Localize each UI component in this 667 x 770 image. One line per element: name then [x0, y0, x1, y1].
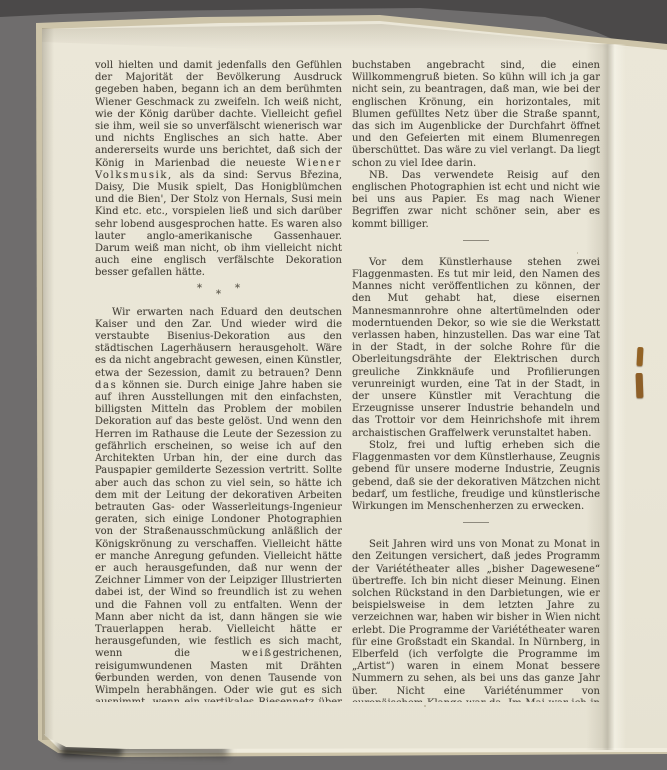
paragraph: buchstaben angebracht sind, die einen Wi… [352, 60, 600, 170]
left-text-column: voll hielten und damit jedenfalls den Ge… [95, 60, 342, 702]
text-run: Wir erwarten nach Eduard den deutschen K… [95, 307, 342, 379]
asterisk-glyph: * [235, 283, 240, 295]
text-run: NB. Das verwendete Reisig auf den englis… [352, 170, 600, 230]
paragraph: NB. Das verwendete Reisig auf den englis… [352, 170, 600, 231]
letterspaced-text: weiß [242, 648, 273, 659]
section-divider [463, 240, 489, 241]
text-run: , als da sind: Servus Březina, Daisy, Di… [95, 170, 342, 279]
text-run: Seit Jahren wird uns von Monat zu Monat … [352, 539, 600, 702]
right-text-column: buchstaben angebracht sind, die einen Wi… [352, 60, 600, 702]
asterisk-glyph: * [197, 283, 202, 295]
section-divider [463, 522, 489, 523]
text-run: können sie. Durch einige Jahre haben sie… [95, 380, 342, 659]
asterisk-separator: *** [95, 283, 342, 302]
page-number: 6 [95, 672, 102, 683]
paragraph: Vor dem Künstlerhause stehen zwei Flagge… [352, 257, 600, 440]
text-run: Vor dem Künstlerhause stehen zwei Flagge… [352, 257, 600, 439]
paper-speck [424, 705, 426, 707]
text-run: Stolz, frei und luftig erheben sich die … [352, 440, 600, 512]
letterspaced-text: das [95, 380, 117, 391]
paragraph: Wir erwarten nach Eduard den deutschen K… [95, 307, 342, 702]
paragraph: voll hielten und damit jedenfalls den Ge… [95, 60, 342, 280]
paragraph: Seit Jahren wird uns von Monat zu Monat … [352, 539, 600, 702]
paper-stain [637, 347, 644, 366]
text-run: voll hielten und damit jedenfalls den Ge… [95, 60, 342, 169]
page-left-shading [42, 28, 54, 740]
asterisk-glyph: * [216, 289, 221, 301]
paragraph: Stolz, frei und luftig erheben sich die … [352, 440, 600, 513]
paper-stain [636, 373, 644, 398]
text-run: buchstaben angebracht sind, die einen Wi… [352, 60, 600, 169]
